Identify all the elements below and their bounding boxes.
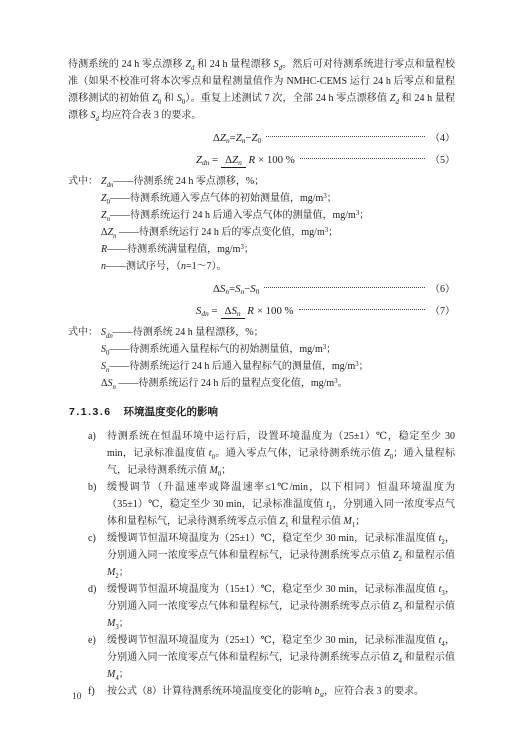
definition-list-span-drift: 式中： Sdn——待测系统 24 h 量程漂移，%； S0——待测系统通入量程标… xyxy=(68,324,455,392)
formula-5-rhs: × 100 % xyxy=(258,152,295,169)
list-marker: b) xyxy=(88,479,107,530)
procedure-list: a) 待测系统在恒温环境中运行后，设置环境温度为（25±1）℃，稳定至少 30 … xyxy=(68,428,455,700)
list-item-text: 待测系统在恒温环境中运行后，设置环境温度为（25±1）℃，稳定至少 30 min… xyxy=(107,428,455,479)
dotted-leader xyxy=(299,309,425,310)
list-marker: f) xyxy=(88,683,107,700)
def-body: Sn——待测系统运行 24 h 后通入量程标气的测量值，mg/m3； xyxy=(101,358,455,375)
list-item-b: b) 缓慢调节（升温速率或降温速率≤1℃/min，以下相同）恒温环境温度为（35… xyxy=(68,479,455,530)
definition-row: 式中： Zdn——待测系统 24 h 零点漂移，%； xyxy=(68,173,455,190)
def-indent xyxy=(68,341,101,358)
list-item-a: a) 待测系统在恒温环境中运行后，设置环境温度为（25±1）℃，稳定至少 30 … xyxy=(68,428,455,479)
formula-7-rhs: × 100 % xyxy=(257,303,294,320)
formula-7-row: Sdn = ΔSn R × 100 % （7） xyxy=(68,302,455,320)
definition-row: S0——待测系统通入量程标气的初始测量值，mg/m3； xyxy=(68,341,455,358)
def-indent xyxy=(68,258,101,275)
list-item-text: 缓慢调节恒温环境温度为（25±1）℃，稳定至少 30 min，记录标准温度值 t… xyxy=(107,530,455,581)
def-body: S0——待测系统通入量程标气的初始测量值，mg/m3； xyxy=(101,341,455,358)
def-body: R——待测系统满量程值，mg/m3； xyxy=(101,241,455,258)
fraction-numerator: ΔZn xyxy=(221,154,246,168)
list-marker: a) xyxy=(88,428,107,479)
definition-row: ΔZn ——待测系统运行 24 h 后的零点变化值，mg/m3； xyxy=(68,224,455,241)
def-prefix: 式中： xyxy=(68,173,101,190)
formula-7-number: （7） xyxy=(430,303,455,320)
paragraph-drift-test: 待测系统的 24 h 零点漂移 Zd 和 24 h 量程漂移 Sd。然后可对待测… xyxy=(68,56,455,124)
definition-row: R——待测系统满量程值，mg/m3； xyxy=(68,241,455,258)
def-indent xyxy=(68,207,101,224)
definition-row: 式中： Sdn——待测系统 24 h 量程漂移，%； xyxy=(68,324,455,341)
fraction: ΔZn R xyxy=(221,154,255,166)
formula-5-lhs: Zdn = xyxy=(196,152,218,169)
list-item-e: e) 缓慢调节恒温环境温度为（25±1）℃，稳定至少 30 min，记录标准温度… xyxy=(68,632,455,683)
formula-4-number: （4） xyxy=(430,130,455,147)
def-indent xyxy=(68,190,101,207)
formula-7-equation: Sdn = ΔSn R × 100 % xyxy=(196,303,294,320)
list-item-text: 缓慢调节恒温环境温度为（15±1）℃，稳定至少 30 min，记录标准温度值 t… xyxy=(107,581,455,632)
list-marker: e) xyxy=(88,632,107,683)
dotted-leader xyxy=(264,287,425,288)
def-body: Z0——待测系统通入零点气体的初始测量值，mg/m3； xyxy=(101,190,455,207)
definition-row: ΔSn ——待测系统运行 24 h 后的量程点变化值，mg/m3。 xyxy=(68,375,455,392)
formula-4-row: ΔZn = Zn − Z0 （4） xyxy=(68,129,455,147)
fraction: ΔSn R xyxy=(221,305,254,317)
formula-6-number: （6） xyxy=(430,281,455,298)
document-page: 待测系统的 24 h 零点漂移 Zd 和 24 h 量程漂移 Sd。然后可对待测… xyxy=(0,0,523,740)
dotted-leader xyxy=(300,158,425,159)
list-item-c: c) 缓慢调节恒温环境温度为（25±1）℃，稳定至少 30 min，记录标准温度… xyxy=(68,530,455,581)
list-item-text: 缓慢调节（升温速率或降温速率≤1℃/min，以下相同）恒温环境温度为（35±1）… xyxy=(107,479,455,530)
list-marker: c) xyxy=(88,530,107,581)
formula-5-row: Zdn = ΔZn R × 100 % （5） xyxy=(68,151,455,169)
formula-5-number: （5） xyxy=(430,152,455,169)
def-body: Zn——待测系统运行 24 h 后通入零点气体的测量值，mg/m3； xyxy=(101,207,455,224)
list-item-text: 缓慢调节恒温环境温度为（25±1）℃，稳定至少 30 min，记录标准温度值 t… xyxy=(107,632,455,683)
def-body: ΔZn ——待测系统运行 24 h 后的零点变化值，mg/m3； xyxy=(101,224,455,241)
definition-list-zero-drift: 式中： Zdn——待测系统 24 h 零点漂移，%； Z0——待测系统通入零点气… xyxy=(68,173,455,275)
formula-6-equation: ΔSn = Sn − S0 xyxy=(213,281,259,298)
list-item-d: d) 缓慢调节恒温环境温度为（15±1）℃，稳定至少 30 min，记录标准温度… xyxy=(68,581,455,632)
def-indent xyxy=(68,358,101,375)
formula-7-lhs: Sdn = xyxy=(196,303,218,320)
def-body: Sdn——待测系统 24 h 量程漂移，%； xyxy=(101,324,455,341)
def-indent xyxy=(68,241,101,258)
def-body: Zdn——待测系统 24 h 零点漂移，%； xyxy=(101,173,455,190)
definition-row: Sn——待测系统运行 24 h 后通入量程标气的测量值，mg/m3； xyxy=(68,358,455,375)
fraction-denominator: R xyxy=(248,153,255,166)
fraction-denominator: R xyxy=(247,304,254,317)
section-number: 7.1.3.6 xyxy=(69,406,112,418)
section-title: 环境温度变化的影响 xyxy=(124,406,219,418)
page-number: 10 xyxy=(72,689,82,706)
fraction-numerator: ΔSn xyxy=(221,305,245,319)
def-body: ΔSn ——待测系统运行 24 h 后的量程点变化值，mg/m3。 xyxy=(101,375,455,392)
def-indent xyxy=(68,224,101,241)
def-prefix: 式中： xyxy=(68,324,101,341)
section-heading: 7.1.3.6 环境温度变化的影响 xyxy=(69,405,455,419)
definition-row: Zn——待测系统运行 24 h 后通入零点气体的测量值，mg/m3； xyxy=(68,207,455,224)
def-indent xyxy=(68,375,101,392)
dotted-leader xyxy=(266,136,425,137)
list-item-f: f) 按公式（8）计算待测系统环境温度变化的影响 bst，应符合表 3 的要求。 xyxy=(68,683,455,700)
formula-6-row: ΔSn = Sn − S0 （6） xyxy=(68,280,455,298)
definition-row: n——测试序号，（n=1～7）。 xyxy=(68,258,455,275)
list-item-text: 按公式（8）计算待测系统环境温度变化的影响 bst，应符合表 3 的要求。 xyxy=(107,683,455,700)
def-body: n——测试序号，（n=1～7）。 xyxy=(101,258,455,275)
formula-4-equation: ΔZn = Zn − Z0 xyxy=(213,130,261,147)
formula-5-equation: Zdn = ΔZn R × 100 % xyxy=(196,152,295,169)
list-marker: d) xyxy=(88,581,107,632)
definition-row: Z0——待测系统通入零点气体的初始测量值，mg/m3； xyxy=(68,190,455,207)
